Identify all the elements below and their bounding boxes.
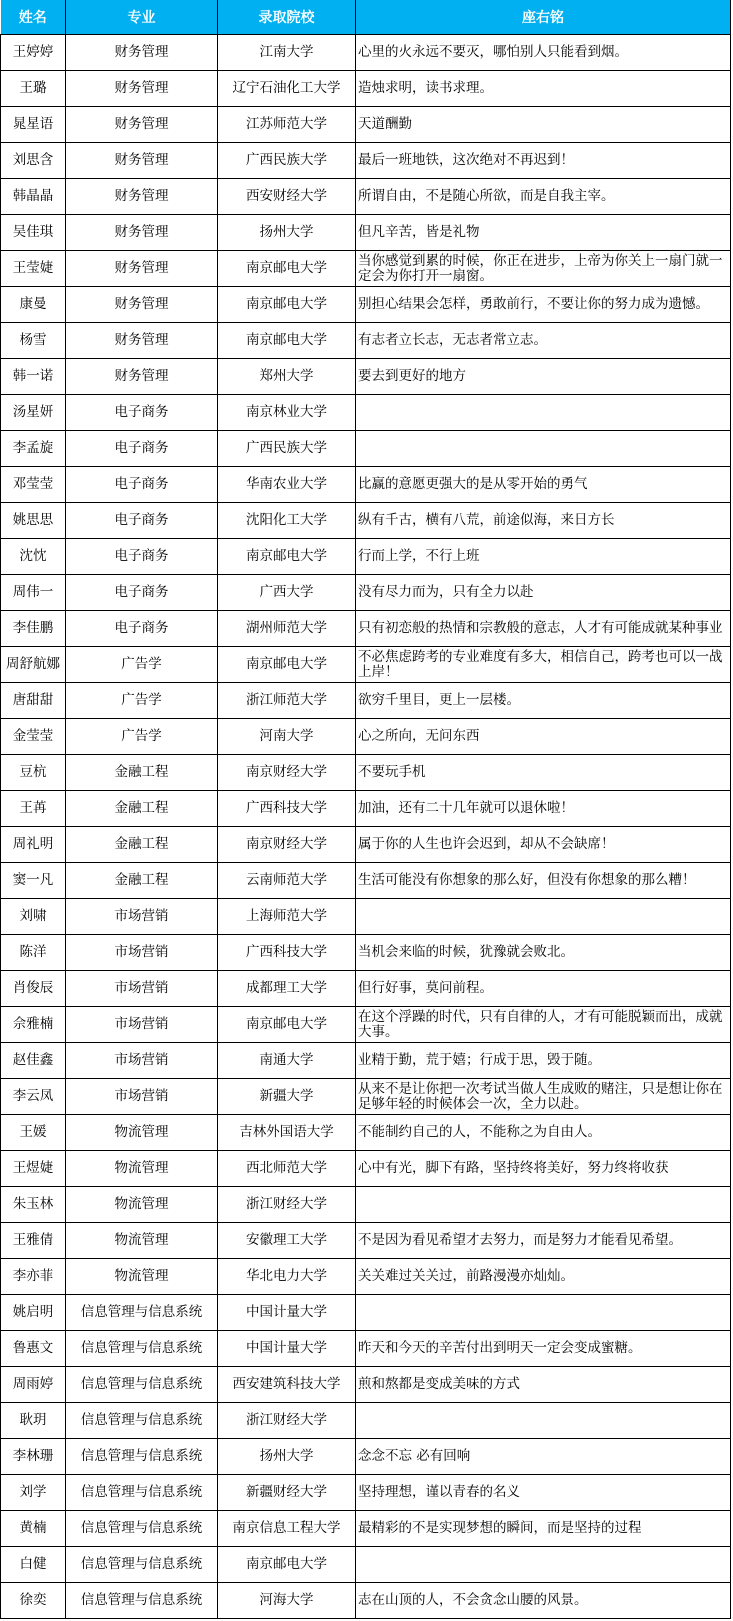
cell-major: 信息管理与信息系统 bbox=[66, 1475, 218, 1511]
table-row: 刘学信息管理与信息系统新疆财经大学坚持理想，谨以青春的名义 bbox=[1, 1475, 731, 1511]
cell-school: 扬州大学 bbox=[218, 215, 356, 251]
table-row: 李云凤市场营销新疆大学从来不是让你把一次考试当做人生成败的赌注，只是想让你在足够… bbox=[1, 1079, 731, 1115]
cell-major: 物流管理 bbox=[66, 1187, 218, 1223]
cell-name: 耿玥 bbox=[1, 1403, 66, 1439]
cell-school: 南京财经大学 bbox=[218, 755, 356, 791]
table-row: 王璐财务管理辽宁石油化工大学造烛求明，读书求理。 bbox=[1, 71, 731, 107]
cell-major: 信息管理与信息系统 bbox=[66, 1547, 218, 1583]
table-body: 王婷婷财务管理江南大学心里的火永远不要灭，哪怕别人只能看到烟。王璐财务管理辽宁石… bbox=[1, 35, 731, 1619]
cell-motto: 不要玩手机 bbox=[356, 755, 731, 791]
table-row: 刘啸市场营销上海师范大学 bbox=[1, 899, 731, 935]
table-row: 王媛物流管理吉林外国语大学不能制约自己的人，不能称之为自由人。 bbox=[1, 1115, 731, 1151]
table-row: 韩晶晶财务管理西安财经大学所谓自由，不是随心所欲，而是自我主宰。 bbox=[1, 179, 731, 215]
table-row: 王婷婷财务管理江南大学心里的火永远不要灭，哪怕别人只能看到烟。 bbox=[1, 35, 731, 71]
cell-name: 刘学 bbox=[1, 1475, 66, 1511]
cell-school: 西安财经大学 bbox=[218, 179, 356, 215]
table-row: 韩一诺财务管理郑州大学要去到更好的地方 bbox=[1, 359, 731, 395]
cell-motto: 在这个浮躁的时代，只有自律的人，才有可能脱颖而出，成就大事。 bbox=[356, 1007, 731, 1043]
cell-school: 南京财经大学 bbox=[218, 827, 356, 863]
cell-school: 安徽理工大学 bbox=[218, 1223, 356, 1259]
table-row: 杨雪财务管理南京邮电大学有志者立长志，无志者常立志。 bbox=[1, 323, 731, 359]
cell-major: 物流管理 bbox=[66, 1259, 218, 1295]
cell-major: 电子商务 bbox=[66, 503, 218, 539]
cell-motto: 心之所向，无问东西 bbox=[356, 719, 731, 755]
cell-name: 王雅倩 bbox=[1, 1223, 66, 1259]
cell-name: 白健 bbox=[1, 1547, 66, 1583]
table-row: 王莹婕财务管理南京邮电大学当你感觉到累的时候，你正在进步，上帝为你关上一扇门就一… bbox=[1, 251, 731, 287]
cell-name: 周舒航娜 bbox=[1, 647, 66, 683]
cell-school: 中国计量大学 bbox=[218, 1331, 356, 1367]
cell-motto: 最后一班地铁，这次绝对不再迟到！ bbox=[356, 143, 731, 179]
cell-motto: 不是因为看见希望才去努力，而是努力才能看见希望。 bbox=[356, 1223, 731, 1259]
column-header-school: 录取院校 bbox=[218, 0, 356, 35]
table-row: 金莹莹广告学河南大学心之所向，无问东西 bbox=[1, 719, 731, 755]
cell-name: 王苒 bbox=[1, 791, 66, 827]
cell-school: 浙江财经大学 bbox=[218, 1403, 356, 1439]
cell-motto: 但行好事，莫问前程。 bbox=[356, 971, 731, 1007]
table-row: 李佳鹏电子商务湖州师范大学只有初恋般的热情和宗教般的意志，人才有可能成就某种事业 bbox=[1, 611, 731, 647]
table-row: 吴佳琪财务管理扬州大学但凡辛苦，皆是礼物 bbox=[1, 215, 731, 251]
table-row: 周舒航娜广告学南京邮电大学不必焦虑跨考的专业难度有多大，相信自己，跨考也可以一战… bbox=[1, 647, 731, 683]
table-row: 朱玉林物流管理浙江财经大学 bbox=[1, 1187, 731, 1223]
cell-motto: 天道酬勤 bbox=[356, 107, 731, 143]
cell-name: 沈忱 bbox=[1, 539, 66, 575]
cell-school: 江南大学 bbox=[218, 35, 356, 71]
cell-major: 财务管理 bbox=[66, 287, 218, 323]
table-row: 汤星妍电子商务南京林业大学 bbox=[1, 395, 731, 431]
cell-name: 周雨婷 bbox=[1, 1367, 66, 1403]
cell-name: 李亦菲 bbox=[1, 1259, 66, 1295]
cell-name: 王媛 bbox=[1, 1115, 66, 1151]
cell-motto: 没有尽力而为，只有全力以赴 bbox=[356, 575, 731, 611]
cell-school: 华南农业大学 bbox=[218, 467, 356, 503]
cell-name: 王莹婕 bbox=[1, 251, 66, 287]
cell-motto bbox=[356, 431, 731, 467]
cell-school: 广西民族大学 bbox=[218, 143, 356, 179]
cell-major: 财务管理 bbox=[66, 215, 218, 251]
cell-school: 西北师范大学 bbox=[218, 1151, 356, 1187]
cell-school: 浙江财经大学 bbox=[218, 1187, 356, 1223]
table-row: 周礼明金融工程南京财经大学属于你的人生也许会迟到，却从不会缺席！ bbox=[1, 827, 731, 863]
table-row: 唐甜甜广告学浙江师范大学欲穷千里目，更上一层楼。 bbox=[1, 683, 731, 719]
table-row: 李孟旋电子商务广西民族大学 bbox=[1, 431, 731, 467]
cell-motto bbox=[356, 395, 731, 431]
table-row: 徐奕信息管理与信息系统河海大学志在山顶的人，不会贪念山腰的风景。 bbox=[1, 1583, 731, 1619]
cell-name: 徐奕 bbox=[1, 1583, 66, 1619]
cell-major: 金融工程 bbox=[66, 827, 218, 863]
cell-motto: 念念不忘 必有回响 bbox=[356, 1439, 731, 1475]
cell-name: 李佳鹏 bbox=[1, 611, 66, 647]
table-row: 佘雅楠市场营销南京邮电大学在这个浮躁的时代，只有自律的人，才有可能脱颖而出，成就… bbox=[1, 1007, 731, 1043]
cell-motto: 所谓自由，不是随心所欲，而是自我主宰。 bbox=[356, 179, 731, 215]
cell-major: 信息管理与信息系统 bbox=[66, 1403, 218, 1439]
cell-school: 河南大学 bbox=[218, 719, 356, 755]
cell-motto: 比赢的意愿更强大的是从零开始的勇气 bbox=[356, 467, 731, 503]
cell-motto: 心中有光，脚下有路，坚持终将美好，努力终将收获 bbox=[356, 1151, 731, 1187]
cell-name: 赵佳鑫 bbox=[1, 1043, 66, 1079]
cell-major: 电子商务 bbox=[66, 467, 218, 503]
header-row: 姓名 专业 录取院校 座右铭 bbox=[1, 0, 731, 35]
cell-school: 南京信息工程大学 bbox=[218, 1511, 356, 1547]
cell-motto: 坚持理想，谨以青春的名义 bbox=[356, 1475, 731, 1511]
table-row: 黄楠信息管理与信息系统南京信息工程大学最精彩的不是实现梦想的瞬间，而是坚持的过程 bbox=[1, 1511, 731, 1547]
cell-major: 市场营销 bbox=[66, 971, 218, 1007]
admissions-table: 姓名 专业 录取院校 座右铭 王婷婷财务管理江南大学心里的火永远不要灭，哪怕别人… bbox=[0, 0, 731, 1619]
cell-major: 金融工程 bbox=[66, 755, 218, 791]
table-row: 周伟一电子商务广西大学没有尽力而为，只有全力以赴 bbox=[1, 575, 731, 611]
cell-name: 王璐 bbox=[1, 71, 66, 107]
cell-school: 浙江师范大学 bbox=[218, 683, 356, 719]
table-row: 陈洋市场营销广西科技大学当机会来临的时候，犹豫就会败北。 bbox=[1, 935, 731, 971]
cell-major: 市场营销 bbox=[66, 1043, 218, 1079]
cell-name: 康曼 bbox=[1, 287, 66, 323]
cell-major: 信息管理与信息系统 bbox=[66, 1295, 218, 1331]
table-row: 王雅倩物流管理安徽理工大学不是因为看见希望才去努力，而是努力才能看见希望。 bbox=[1, 1223, 731, 1259]
table-row: 肖俊辰市场营销成都理工大学但行好事，莫问前程。 bbox=[1, 971, 731, 1007]
cell-motto: 煎和熬都是变成美味的方式 bbox=[356, 1367, 731, 1403]
column-header-name: 姓名 bbox=[1, 0, 66, 35]
cell-motto: 行而上学，不行上班 bbox=[356, 539, 731, 575]
cell-name: 陈洋 bbox=[1, 935, 66, 971]
table-row: 鲁惠文信息管理与信息系统中国计量大学昨天和今天的辛苦付出到明天一定会变成蜜糖。 bbox=[1, 1331, 731, 1367]
cell-name: 韩一诺 bbox=[1, 359, 66, 395]
cell-motto: 欲穷千里目，更上一层楼。 bbox=[356, 683, 731, 719]
table-row: 窦一凡金融工程云南师范大学生活可能没有你想象的那么好，但没有你想象的那么糟！ bbox=[1, 863, 731, 899]
cell-major: 财务管理 bbox=[66, 323, 218, 359]
cell-school: 南京邮电大学 bbox=[218, 647, 356, 683]
cell-motto: 属于你的人生也许会迟到，却从不会缺席！ bbox=[356, 827, 731, 863]
cell-school: 湖州师范大学 bbox=[218, 611, 356, 647]
cell-motto: 有志者立长志，无志者常立志。 bbox=[356, 323, 731, 359]
cell-name: 杨雪 bbox=[1, 323, 66, 359]
cell-motto: 纵有千古，横有八荒，前途似海，来日方长 bbox=[356, 503, 731, 539]
cell-school: 吉林外国语大学 bbox=[218, 1115, 356, 1151]
column-header-major: 专业 bbox=[66, 0, 218, 35]
cell-name: 佘雅楠 bbox=[1, 1007, 66, 1043]
table-row: 姚思思电子商务沈阳化工大学纵有千古，横有八荒，前途似海，来日方长 bbox=[1, 503, 731, 539]
cell-major: 财务管理 bbox=[66, 35, 218, 71]
cell-name: 李云凤 bbox=[1, 1079, 66, 1115]
cell-motto bbox=[356, 1295, 731, 1331]
cell-school: 南通大学 bbox=[218, 1043, 356, 1079]
cell-major: 电子商务 bbox=[66, 575, 218, 611]
cell-major: 财务管理 bbox=[66, 143, 218, 179]
cell-motto: 当机会来临的时候，犹豫就会败北。 bbox=[356, 935, 731, 971]
cell-name: 姚启明 bbox=[1, 1295, 66, 1331]
cell-major: 信息管理与信息系统 bbox=[66, 1367, 218, 1403]
cell-name: 黄楠 bbox=[1, 1511, 66, 1547]
table-row: 刘思含财务管理广西民族大学最后一班地铁，这次绝对不再迟到！ bbox=[1, 143, 731, 179]
cell-name: 朱玉林 bbox=[1, 1187, 66, 1223]
table-row: 赵佳鑫市场营销南通大学业精于勤，荒于嬉；行成于思，毁于随。 bbox=[1, 1043, 731, 1079]
cell-major: 金融工程 bbox=[66, 863, 218, 899]
cell-major: 市场营销 bbox=[66, 935, 218, 971]
cell-motto: 当你感觉到累的时候，你正在进步，上帝为你关上一扇门就一定会为你打开一扇窗。 bbox=[356, 251, 731, 287]
cell-name: 刘思含 bbox=[1, 143, 66, 179]
cell-name: 唐甜甜 bbox=[1, 683, 66, 719]
cell-name: 周礼明 bbox=[1, 827, 66, 863]
cell-major: 市场营销 bbox=[66, 1079, 218, 1115]
cell-motto: 最精彩的不是实现梦想的瞬间，而是坚持的过程 bbox=[356, 1511, 731, 1547]
cell-major: 财务管理 bbox=[66, 107, 218, 143]
cell-major: 广告学 bbox=[66, 647, 218, 683]
cell-name: 豆杭 bbox=[1, 755, 66, 791]
cell-school: 郑州大学 bbox=[218, 359, 356, 395]
cell-major: 金融工程 bbox=[66, 791, 218, 827]
cell-motto bbox=[356, 1403, 731, 1439]
cell-major: 电子商务 bbox=[66, 395, 218, 431]
column-header-motto: 座右铭 bbox=[356, 0, 731, 35]
cell-motto: 造烛求明，读书求理。 bbox=[356, 71, 731, 107]
cell-motto: 不能制约自己的人，不能称之为自由人。 bbox=[356, 1115, 731, 1151]
cell-name: 鲁惠文 bbox=[1, 1331, 66, 1367]
cell-school: 广西科技大学 bbox=[218, 791, 356, 827]
cell-major: 信息管理与信息系统 bbox=[66, 1439, 218, 1475]
cell-name: 韩晶晶 bbox=[1, 179, 66, 215]
cell-school: 南京邮电大学 bbox=[218, 1007, 356, 1043]
table-row: 沈忱电子商务南京邮电大学行而上学，不行上班 bbox=[1, 539, 731, 575]
table-row: 豆杭金融工程南京财经大学不要玩手机 bbox=[1, 755, 731, 791]
table-row: 李林珊信息管理与信息系统扬州大学念念不忘 必有回响 bbox=[1, 1439, 731, 1475]
cell-school: 南京邮电大学 bbox=[218, 251, 356, 287]
cell-school: 广西科技大学 bbox=[218, 935, 356, 971]
cell-motto: 生活可能没有你想象的那么好，但没有你想象的那么糟！ bbox=[356, 863, 731, 899]
cell-motto: 从来不是让你把一次考试当做人生成败的赌注，只是想让你在足够年轻的时候体会一次，全… bbox=[356, 1079, 731, 1115]
table-row: 李亦菲物流管理华北电力大学关关难过关关过，前路漫漫亦灿灿。 bbox=[1, 1259, 731, 1295]
cell-school: 南京邮电大学 bbox=[218, 1547, 356, 1583]
cell-school: 新疆财经大学 bbox=[218, 1475, 356, 1511]
cell-motto: 别担心结果会怎样，勇敢前行，不要让你的努力成为遗憾。 bbox=[356, 287, 731, 323]
cell-major: 广告学 bbox=[66, 719, 218, 755]
cell-school: 广西大学 bbox=[218, 575, 356, 611]
cell-school: 南京邮电大学 bbox=[218, 287, 356, 323]
cell-major: 财务管理 bbox=[66, 179, 218, 215]
cell-major: 物流管理 bbox=[66, 1223, 218, 1259]
cell-major: 电子商务 bbox=[66, 539, 218, 575]
cell-school: 河海大学 bbox=[218, 1583, 356, 1619]
cell-school: 中国计量大学 bbox=[218, 1295, 356, 1331]
cell-major: 物流管理 bbox=[66, 1151, 218, 1187]
cell-motto bbox=[356, 1547, 731, 1583]
table-row: 周雨婷信息管理与信息系统西安建筑科技大学煎和熬都是变成美味的方式 bbox=[1, 1367, 731, 1403]
cell-school: 扬州大学 bbox=[218, 1439, 356, 1475]
cell-name: 汤星妍 bbox=[1, 395, 66, 431]
table-row: 康曼财务管理南京邮电大学别担心结果会怎样，勇敢前行，不要让你的努力成为遗憾。 bbox=[1, 287, 731, 323]
cell-name: 吴佳琪 bbox=[1, 215, 66, 251]
cell-major: 电子商务 bbox=[66, 431, 218, 467]
cell-motto: 志在山顶的人，不会贪念山腰的风景。 bbox=[356, 1583, 731, 1619]
cell-major: 物流管理 bbox=[66, 1115, 218, 1151]
cell-name: 王婷婷 bbox=[1, 35, 66, 71]
table-row: 姚启明信息管理与信息系统中国计量大学 bbox=[1, 1295, 731, 1331]
table-row: 耿玥信息管理与信息系统浙江财经大学 bbox=[1, 1403, 731, 1439]
cell-school: 辽宁石油化工大学 bbox=[218, 71, 356, 107]
cell-name: 窦一凡 bbox=[1, 863, 66, 899]
cell-major: 信息管理与信息系统 bbox=[66, 1583, 218, 1619]
cell-motto: 加油，还有二十几年就可以退休啦！ bbox=[356, 791, 731, 827]
cell-motto: 昨天和今天的辛苦付出到明天一定会变成蜜糖。 bbox=[356, 1331, 731, 1367]
cell-name: 王煜婕 bbox=[1, 1151, 66, 1187]
cell-name: 邓莹莹 bbox=[1, 467, 66, 503]
cell-school: 江苏师范大学 bbox=[218, 107, 356, 143]
cell-motto: 但凡辛苦，皆是礼物 bbox=[356, 215, 731, 251]
cell-motto: 只有初恋般的热情和宗教般的意志，人才有可能成就某种事业 bbox=[356, 611, 731, 647]
cell-school: 南京邮电大学 bbox=[218, 323, 356, 359]
cell-motto: 业精于勤，荒于嬉；行成于思，毁于随。 bbox=[356, 1043, 731, 1079]
cell-school: 新疆大学 bbox=[218, 1079, 356, 1115]
cell-school: 南京林业大学 bbox=[218, 395, 356, 431]
table-row: 晁星语财务管理江苏师范大学天道酬勤 bbox=[1, 107, 731, 143]
cell-school: 沈阳化工大学 bbox=[218, 503, 356, 539]
cell-major: 财务管理 bbox=[66, 71, 218, 107]
cell-name: 周伟一 bbox=[1, 575, 66, 611]
cell-major: 财务管理 bbox=[66, 251, 218, 287]
cell-school: 广西民族大学 bbox=[218, 431, 356, 467]
cell-name: 肖俊辰 bbox=[1, 971, 66, 1007]
cell-motto: 关关难过关关过，前路漫漫亦灿灿。 bbox=[356, 1259, 731, 1295]
cell-motto: 不必焦虑跨考的专业难度有多大，相信自己，跨考也可以一战上岸！ bbox=[356, 647, 731, 683]
cell-major: 财务管理 bbox=[66, 359, 218, 395]
table-row: 王苒金融工程广西科技大学加油，还有二十几年就可以退休啦！ bbox=[1, 791, 731, 827]
table-row: 白健信息管理与信息系统南京邮电大学 bbox=[1, 1547, 731, 1583]
cell-motto bbox=[356, 1187, 731, 1223]
cell-name: 李孟旋 bbox=[1, 431, 66, 467]
cell-school: 华北电力大学 bbox=[218, 1259, 356, 1295]
cell-school: 上海师范大学 bbox=[218, 899, 356, 935]
cell-major: 信息管理与信息系统 bbox=[66, 1511, 218, 1547]
cell-school: 成都理工大学 bbox=[218, 971, 356, 1007]
cell-major: 市场营销 bbox=[66, 1007, 218, 1043]
cell-school: 西安建筑科技大学 bbox=[218, 1367, 356, 1403]
cell-motto: 要去到更好的地方 bbox=[356, 359, 731, 395]
cell-name: 金莹莹 bbox=[1, 719, 66, 755]
cell-major: 电子商务 bbox=[66, 611, 218, 647]
table-row: 王煜婕物流管理西北师范大学心中有光，脚下有路，坚持终将美好，努力终将收获 bbox=[1, 1151, 731, 1187]
cell-name: 晁星语 bbox=[1, 107, 66, 143]
cell-major: 广告学 bbox=[66, 683, 218, 719]
table-row: 邓莹莹电子商务华南农业大学比赢的意愿更强大的是从零开始的勇气 bbox=[1, 467, 731, 503]
cell-motto bbox=[356, 899, 731, 935]
cell-name: 姚思思 bbox=[1, 503, 66, 539]
cell-school: 南京邮电大学 bbox=[218, 539, 356, 575]
cell-major: 信息管理与信息系统 bbox=[66, 1331, 218, 1367]
cell-name: 李林珊 bbox=[1, 1439, 66, 1475]
cell-motto: 心里的火永远不要灭，哪怕别人只能看到烟。 bbox=[356, 35, 731, 71]
cell-major: 市场营销 bbox=[66, 899, 218, 935]
cell-name: 刘啸 bbox=[1, 899, 66, 935]
cell-school: 云南师范大学 bbox=[218, 863, 356, 899]
